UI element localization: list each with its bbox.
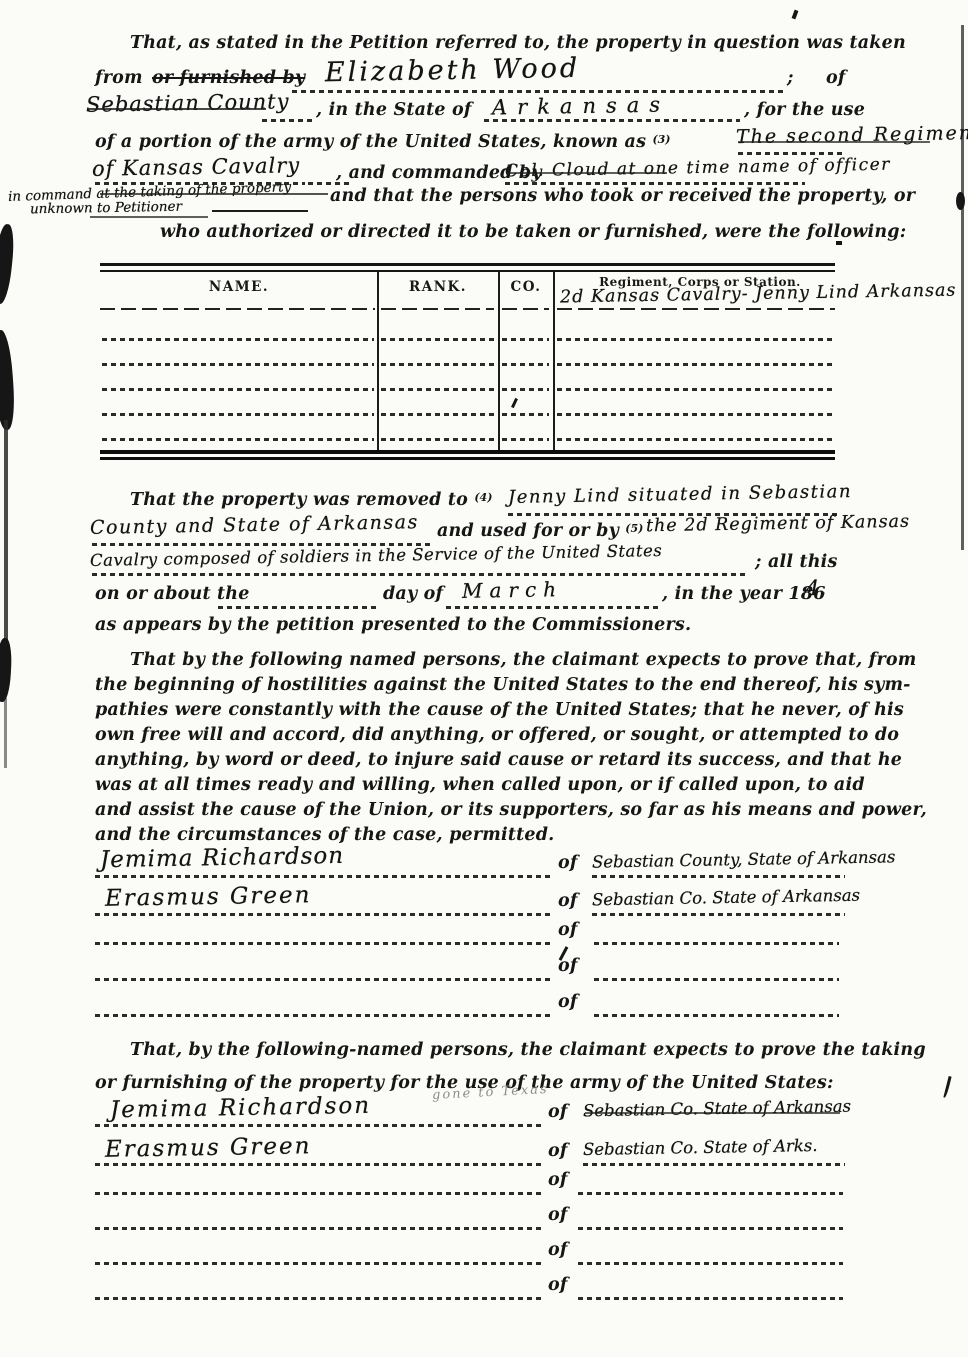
witness-residence-strike — [585, 1112, 840, 1114]
removal-place-handwriting-1: Jenny Lind situated in Sebastian — [508, 481, 852, 508]
claimant-name-dotted-line — [292, 90, 784, 93]
witness-name-dotted — [95, 1262, 545, 1265]
regiment-strike-line — [738, 141, 930, 143]
witness-of-word: of — [548, 1170, 568, 1190]
table-top-rule — [100, 263, 835, 272]
footnote-ref-3: (3) — [652, 133, 670, 146]
right-edge-scan-artifact — [956, 192, 965, 210]
ink-speck — [792, 10, 799, 20]
year-prefix-text: , in the year 186 — [662, 584, 826, 604]
table-row-dotted-co — [502, 388, 549, 391]
claimant-name-handwriting: Elizabeth Wood — [325, 53, 581, 88]
witness-residence-dotted — [578, 1192, 843, 1195]
left-edge-scan-artifact — [0, 223, 16, 304]
loyalty-line-8: and the circumstances of the case, permi… — [95, 825, 554, 845]
witness-residence-dotted — [592, 913, 845, 916]
table-header-underline-name — [100, 308, 375, 310]
witness-residence-dotted — [594, 1014, 839, 1017]
commander-strike-line — [507, 172, 667, 174]
margin-strike-line — [100, 193, 328, 195]
loyalty-line-5: anything, by word or deed, to injure sai… — [95, 750, 902, 770]
table-row-dotted-name — [102, 438, 374, 441]
table-row-dotted-rank — [381, 338, 494, 341]
intro-struck-phrase: or furnished by — [152, 68, 305, 88]
persons-line: and that the persons who took or receive… — [330, 186, 915, 206]
witness-name-dotted — [95, 1192, 545, 1195]
left-edge-fold-line — [4, 698, 7, 768]
table-row-dotted-co — [502, 438, 549, 441]
witness-residence-dotted — [594, 942, 839, 945]
intro-of-word: of — [826, 68, 846, 88]
table-divider-2 — [498, 272, 500, 452]
day-dotted-line — [218, 606, 380, 609]
table-header-underline-regiment — [557, 308, 835, 310]
witness-name-handwriting: Jemima Richardson — [100, 843, 345, 873]
table-divider-1 — [377, 272, 379, 452]
table-row-dotted-rank — [381, 438, 494, 441]
pen-mark-right-margin — [943, 1076, 951, 1098]
witness-residence-dotted — [578, 1262, 843, 1265]
margin-handwriting-2: unknown to Petitioner — [30, 199, 182, 218]
witness-of-word: of — [558, 956, 578, 976]
appears-line: as appears by the petition presented to … — [95, 615, 691, 635]
witness-of-word: of — [558, 920, 578, 940]
table-header-co: CO. — [511, 279, 542, 295]
right-edge-fold-line — [961, 25, 964, 550]
witness-residence-dotted — [578, 1227, 843, 1230]
loyalty-line-3: pathies were constantly with the cause o… — [95, 700, 904, 720]
witness-of-word: of — [548, 1240, 568, 1260]
county-dotted-line — [262, 119, 314, 122]
removal-used-by: and used for or by (5) — [437, 521, 643, 541]
state-handwriting: Arkansas — [492, 92, 670, 119]
removal-place-handwriting-2: County and State of Arkansas — [90, 511, 419, 539]
witness-residence-dotted — [594, 978, 839, 981]
state-prefix: , in the State of — [316, 100, 472, 120]
state-dotted-line — [484, 119, 740, 122]
table-header-rank: RANK. — [409, 279, 467, 295]
table-row-dotted-co — [502, 338, 549, 341]
all-this-text: ; all this — [755, 552, 838, 572]
month-handwriting: March — [462, 577, 563, 603]
month-dotted-line — [446, 606, 658, 609]
table-row-dotted-co — [502, 363, 549, 366]
witness-name-handwriting: Jemima Richardson — [110, 1093, 372, 1124]
removal-used-by-text: and used for or by — [437, 521, 619, 541]
army-line: of a portion of the army of the United S… — [95, 132, 671, 152]
year-digit-handwriting: 4, — [806, 576, 826, 600]
table-row-dotted-regiment — [557, 438, 833, 441]
commander-dotted-line — [505, 182, 805, 185]
witness-residence-dotted — [592, 875, 845, 878]
removal-lead: That the property was removed to (4) — [130, 490, 492, 510]
table-bottom-rule — [100, 450, 835, 460]
removal-lead-text: That the property was removed to — [130, 490, 468, 510]
table-row-dotted-name — [102, 388, 374, 391]
loyalty-line-4: own free will and accord, did anything, … — [95, 725, 899, 745]
taking-line-1: That, by the following-named persons, th… — [130, 1040, 926, 1060]
loyalty-line-6: was at all times ready and willing, when… — [95, 775, 865, 795]
removal-user-handwriting-1: the 2d Regiment of Kansas — [646, 512, 910, 537]
army-line-text: of a portion of the army of the United S… — [95, 132, 646, 152]
day-of-text: day of — [383, 584, 443, 604]
table-row-dotted-rank — [381, 388, 494, 391]
regiment-dotted-line — [738, 152, 845, 155]
regiment-handwriting-b: of Kansas Cavalry — [92, 153, 301, 181]
table-row-dotted-rank — [381, 363, 494, 366]
table-header-underline-rank — [381, 308, 494, 310]
witness-of-word: of — [558, 891, 578, 911]
table-row-dotted-regiment — [557, 388, 833, 391]
margin-underline-2 — [90, 216, 208, 218]
county-handwriting: Sebastian County — [86, 89, 290, 117]
table-header-name: NAME. — [209, 279, 269, 295]
footnote-ref-4: (4) — [474, 491, 492, 504]
loyalty-line-2: the beginning of hostilities against the… — [95, 675, 911, 695]
table-header-underline-co — [502, 308, 549, 310]
witness-of-word: of — [548, 1102, 568, 1122]
left-edge-fold-line — [4, 420, 8, 655]
witness-residence-dotted — [578, 1297, 843, 1300]
footnote-ref-5: (5) — [625, 522, 643, 535]
left-edge-scan-artifact — [0, 329, 16, 430]
table-row-dotted-regiment — [557, 413, 833, 416]
left-edge-scan-artifact — [0, 638, 13, 703]
intro-semicolon: ; — [787, 68, 794, 88]
witness-of-word: of — [548, 1141, 568, 1161]
witness-name-dotted — [95, 1124, 545, 1127]
witness-of-word: of — [548, 1205, 568, 1225]
witness-name-dotted — [95, 1014, 550, 1017]
witness-name-dotted — [95, 1297, 545, 1300]
table-row-dotted-co — [502, 413, 549, 416]
witness-name-dotted — [95, 978, 550, 981]
witness-residence-handwriting: Sebastian Co. State of Arkansas — [583, 1097, 851, 1121]
on-or-about-text: on or about the — [95, 584, 250, 604]
witness-name-dotted — [95, 1227, 545, 1230]
loyalty-line-7: and assist the cause of the Union, or it… — [95, 800, 927, 820]
intro-from-word: from — [95, 68, 143, 88]
table-row-dotted-rank — [381, 413, 494, 416]
witness-residence-handwriting: Sebastian Co. State of Arkansas — [592, 886, 860, 910]
witness-name-handwriting: Erasmus Green — [105, 882, 312, 912]
authorized-line: who authorized or directed it to be take… — [160, 222, 906, 242]
intro-line-1: That, as stated in the Petition referred… — [130, 33, 906, 53]
witness-residence-handwriting: Sebastian County, State of Arkansas — [592, 847, 896, 871]
ink-speck — [511, 398, 518, 408]
witness-name-dotted — [95, 942, 550, 945]
table-row-dotted-name — [102, 363, 374, 366]
regiment-handwriting-a: The second Regiment — [736, 122, 968, 148]
witness-residence-handwriting: Sebastian Co. State of Arks. — [583, 1136, 818, 1159]
removal-user-dotted — [92, 573, 747, 576]
witness-name-dotted — [95, 913, 550, 916]
margin-underline — [212, 210, 308, 212]
witness-name-dotted — [95, 1163, 545, 1166]
table-row-dotted-regiment — [557, 363, 833, 366]
table-row-dotted-name — [102, 338, 374, 341]
loyalty-line-1: That by the following named persons, the… — [130, 650, 916, 670]
witness-of-word: of — [548, 1275, 568, 1295]
witness-name-dotted — [95, 875, 550, 878]
table-row-dotted-regiment — [557, 338, 833, 341]
scanned-claim-form-page: That, as stated in the Petition referred… — [0, 0, 968, 1357]
witness-residence-dotted — [583, 1163, 845, 1166]
witness-of-word: of — [558, 992, 578, 1012]
witness-name-handwriting: Erasmus Green — [105, 1133, 312, 1163]
witness-of-word: of — [558, 853, 578, 873]
commander-handwriting: Col. Cloud at one time name of officer — [505, 155, 891, 182]
table-row-dotted-name — [102, 413, 374, 416]
county-strike-line — [88, 108, 266, 110]
table-divider-3 — [553, 272, 555, 452]
for-the-use-text: , for the use — [744, 100, 865, 120]
